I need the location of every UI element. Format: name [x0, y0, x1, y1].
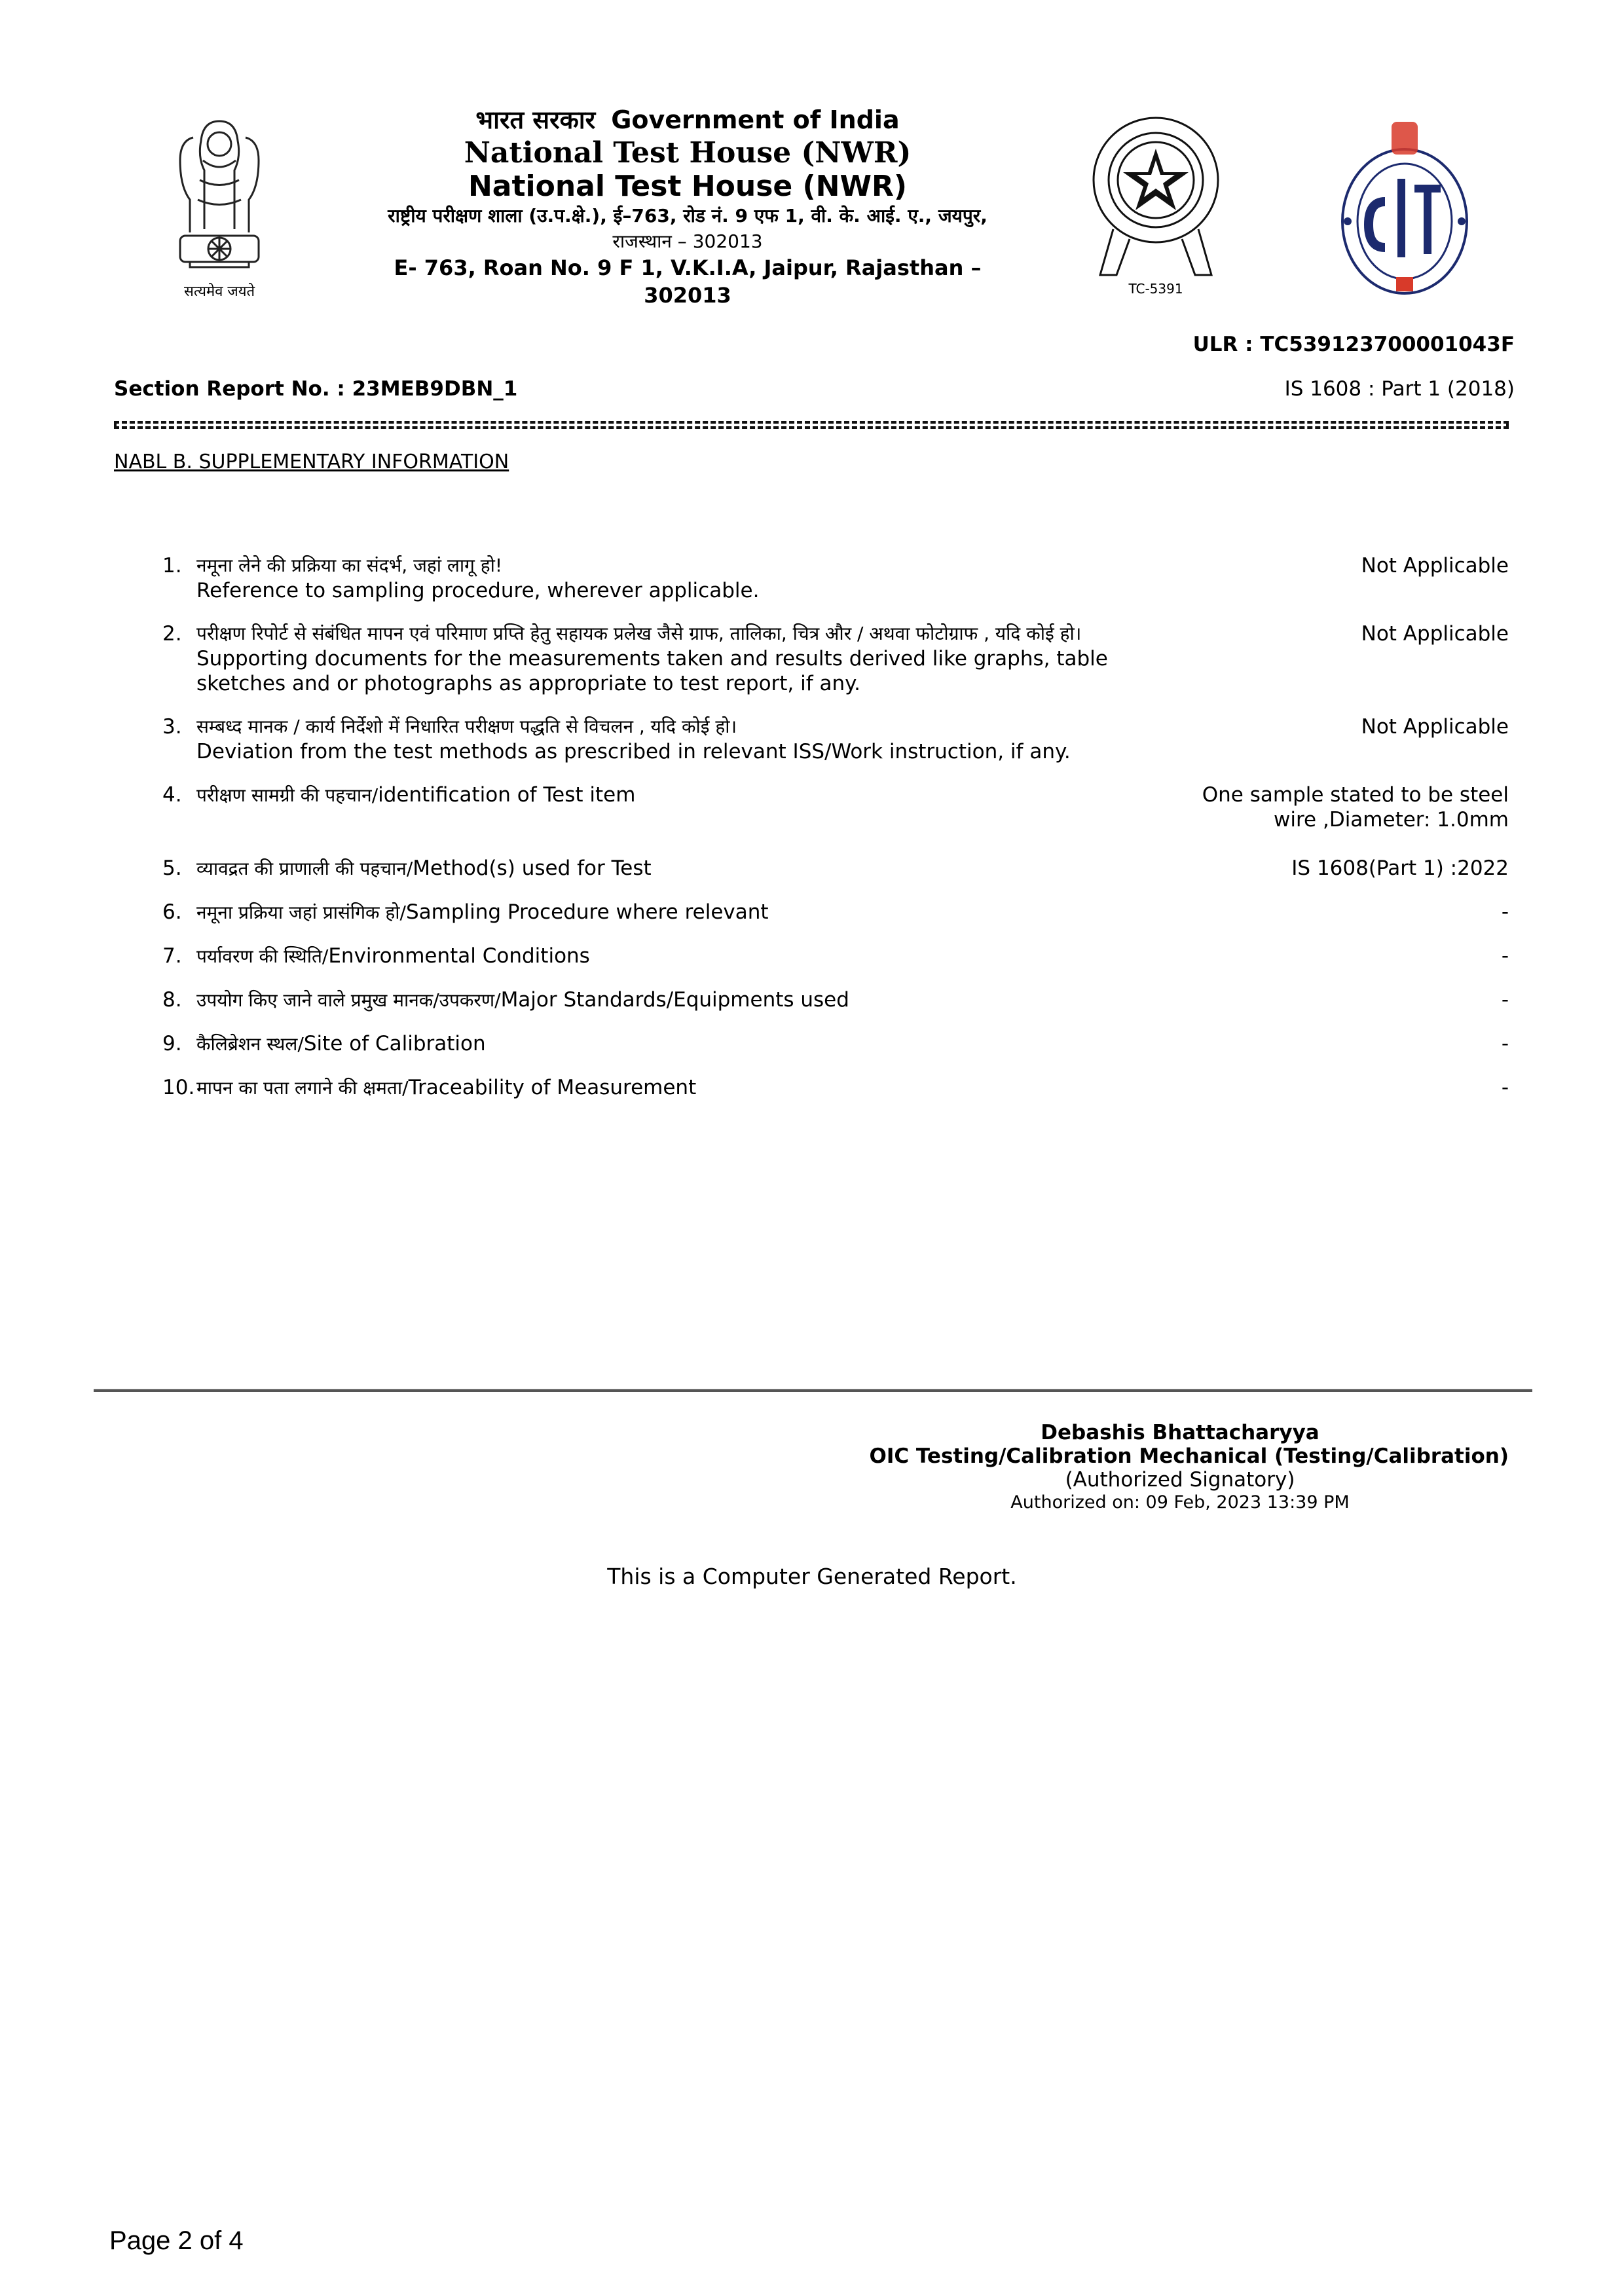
item-label-english: identification of Test item: [378, 783, 635, 807]
org-name-serif: National Test House (NWR): [367, 136, 1008, 170]
item-label-hindi: पर्यावरण की स्थिति/: [196, 946, 328, 967]
address-hindi: राष्ट्रीय परीक्षण शाला (उ.प.क्षे.), ई–76…: [367, 203, 1008, 229]
authorized-on: Authorized on: 09 Feb, 2023 13:39 PM: [851, 1492, 1509, 1514]
list-item: 9. कैलिब्रेशन स्थल/Site of Calibration -: [114, 1031, 1509, 1057]
item-label-english: Sampling Procedure where relevant: [406, 900, 769, 924]
item-label-english: Deviation from the test methods as presc…: [196, 739, 1126, 764]
section-title: NABL B. SUPPLEMENTARY INFORMATION: [114, 450, 509, 473]
item-label-english: Site of Calibration: [304, 1032, 486, 1056]
item-number: 6.: [162, 900, 196, 925]
list-item: 10. मापन का पता लगाने की क्षमता/Traceabi…: [114, 1075, 1509, 1101]
ashoka-emblem-icon: [157, 108, 282, 278]
item-label-hindi: मापन का पता लगाने की क्षमता/: [196, 1077, 409, 1099]
list-item: 3. सम्बध्द मानक / कार्य निर्देशो में निध…: [114, 714, 1509, 764]
gov-hindi: भारत सरकार: [475, 105, 595, 134]
item-label-english: Traceability of Measurement: [409, 1076, 697, 1099]
emblem-motto: सत्यमेव जयते: [157, 281, 282, 301]
item-number: 5.: [162, 856, 196, 881]
section-report-number: Section Report No. : 23MEB9DBN_1: [114, 377, 517, 401]
signature-divider: [94, 1389, 1532, 1392]
item-label-hindi: कैलिब्रेशन स्थल/: [196, 1033, 304, 1055]
item-number: 1.: [162, 553, 196, 578]
item-number: 10.: [162, 1075, 196, 1100]
item-value: Not Applicable: [1126, 714, 1509, 764]
nth-seal-icon: [1336, 117, 1473, 300]
letterhead: भारत सरकारGovernment of India National T…: [367, 103, 1008, 309]
supplementary-info-list: 1. नमूना लेने की प्रक्रिया का संदर्भ, जह…: [114, 553, 1509, 1119]
page-number: Page 2 of 4: [109, 2226, 244, 2256]
item-value: IS 1608(Part 1) :2022: [1126, 856, 1509, 881]
item-value: One sample stated to be steel wire ,Diam…: [1126, 782, 1509, 832]
item-number: 9.: [162, 1031, 196, 1056]
gov-english: Government of India: [611, 105, 899, 134]
item-label-english: Major Standards/Equipments used: [501, 988, 849, 1012]
list-item: 1. नमूना लेने की प्रक्रिया का संदर्भ, जह…: [114, 553, 1509, 603]
item-label-hindi: परीक्षण सामग्री की पहचान/: [196, 784, 378, 806]
item-label-hindi: व्यावद्रत की प्राणाली की पहचान/: [196, 858, 413, 879]
item-number: 7.: [162, 944, 196, 968]
nabl-accreditation-logo: TC-5391: [1087, 115, 1225, 304]
address-hindi-line2: राजस्थान – 302013: [367, 229, 1008, 254]
nabl-code: TC-5391: [1087, 281, 1225, 297]
item-value: Not Applicable: [1126, 553, 1509, 603]
list-item: 5. व्यावद्रत की प्राणाली की पहचान/Method…: [114, 856, 1509, 881]
item-label-hindi: उपयोग किए जाने वाले प्रमुख मानक/उपकरण/: [196, 989, 501, 1011]
item-value: -: [1126, 944, 1509, 969]
list-item: 2. परीक्षण रिपोर्ट से संबंधित मापन एवं प…: [114, 621, 1509, 696]
org-name-sans: National Test House (NWR): [367, 170, 1008, 203]
standard-reference: IS 1608 : Part 1 (2018): [1285, 377, 1515, 401]
signatory-role: OIC Testing/Calibration Mechanical (Test…: [851, 1444, 1509, 1468]
item-value: -: [1126, 987, 1509, 1013]
nabl-star-icon: [1087, 115, 1225, 278]
item-label-english: Method(s) used for Test: [413, 856, 651, 880]
item-label-english: Reference to sampling procedure, whereve…: [196, 578, 1126, 603]
item-value: Not Applicable: [1126, 621, 1509, 696]
national-emblem: सत्यमेव जयते: [157, 108, 282, 304]
signature-block: Debashis Bhattacharyya OIC Testing/Calib…: [851, 1421, 1509, 1514]
item-label-hindi: सम्बध्द मानक / कार्य निर्देशो में निधारि…: [196, 714, 1126, 739]
item-value: -: [1126, 900, 1509, 925]
ulr-number: ULR : TC539123700001043F: [1193, 333, 1515, 356]
signatory-name: Debashis Bhattacharyya: [851, 1421, 1509, 1444]
item-label-english: Environmental Conditions: [328, 944, 590, 968]
list-item: 7. पर्यावरण की स्थिति/Environmental Cond…: [114, 944, 1509, 969]
item-value: -: [1126, 1031, 1509, 1057]
item-label-english: Supporting documents for the measurement…: [196, 646, 1126, 696]
address-english: E- 763, Roan No. 9 F 1, V.K.I.A, Jaipur,…: [367, 254, 1008, 282]
list-item: 4. परीक्षण सामग्री की पहचान/identificati…: [114, 782, 1509, 832]
item-number: 4.: [162, 782, 196, 807]
signatory-authority: (Authorized Signatory): [851, 1468, 1509, 1492]
item-label-hindi: नमूना प्रक्रिया जहां प्रासंगिक हो/: [196, 902, 406, 923]
national-test-house-logo: [1336, 117, 1473, 300]
item-number: 3.: [162, 714, 196, 739]
computer-generated-note: This is a Computer Generated Report.: [0, 1564, 1624, 1589]
item-label-hindi: नमूना लेने की प्रक्रिया का संदर्भ, जहां …: [196, 553, 1126, 578]
list-item: 8. उपयोग किए जाने वाले प्रमुख मानक/उपकरण…: [114, 987, 1509, 1013]
address-english-line2: 302013: [367, 282, 1008, 309]
list-item: 6. नमूना प्रक्रिया जहां प्रासंगिक हो/Sam…: [114, 900, 1509, 925]
government-line: भारत सरकारGovernment of India: [367, 103, 1008, 136]
item-label-hindi: परीक्षण रिपोर्ट से संबंधित मापन एवं परिम…: [196, 621, 1126, 646]
item-number: 2.: [162, 621, 196, 646]
dashed-divider: [114, 421, 1509, 429]
item-number: 8.: [162, 987, 196, 1012]
item-value: -: [1126, 1075, 1509, 1101]
